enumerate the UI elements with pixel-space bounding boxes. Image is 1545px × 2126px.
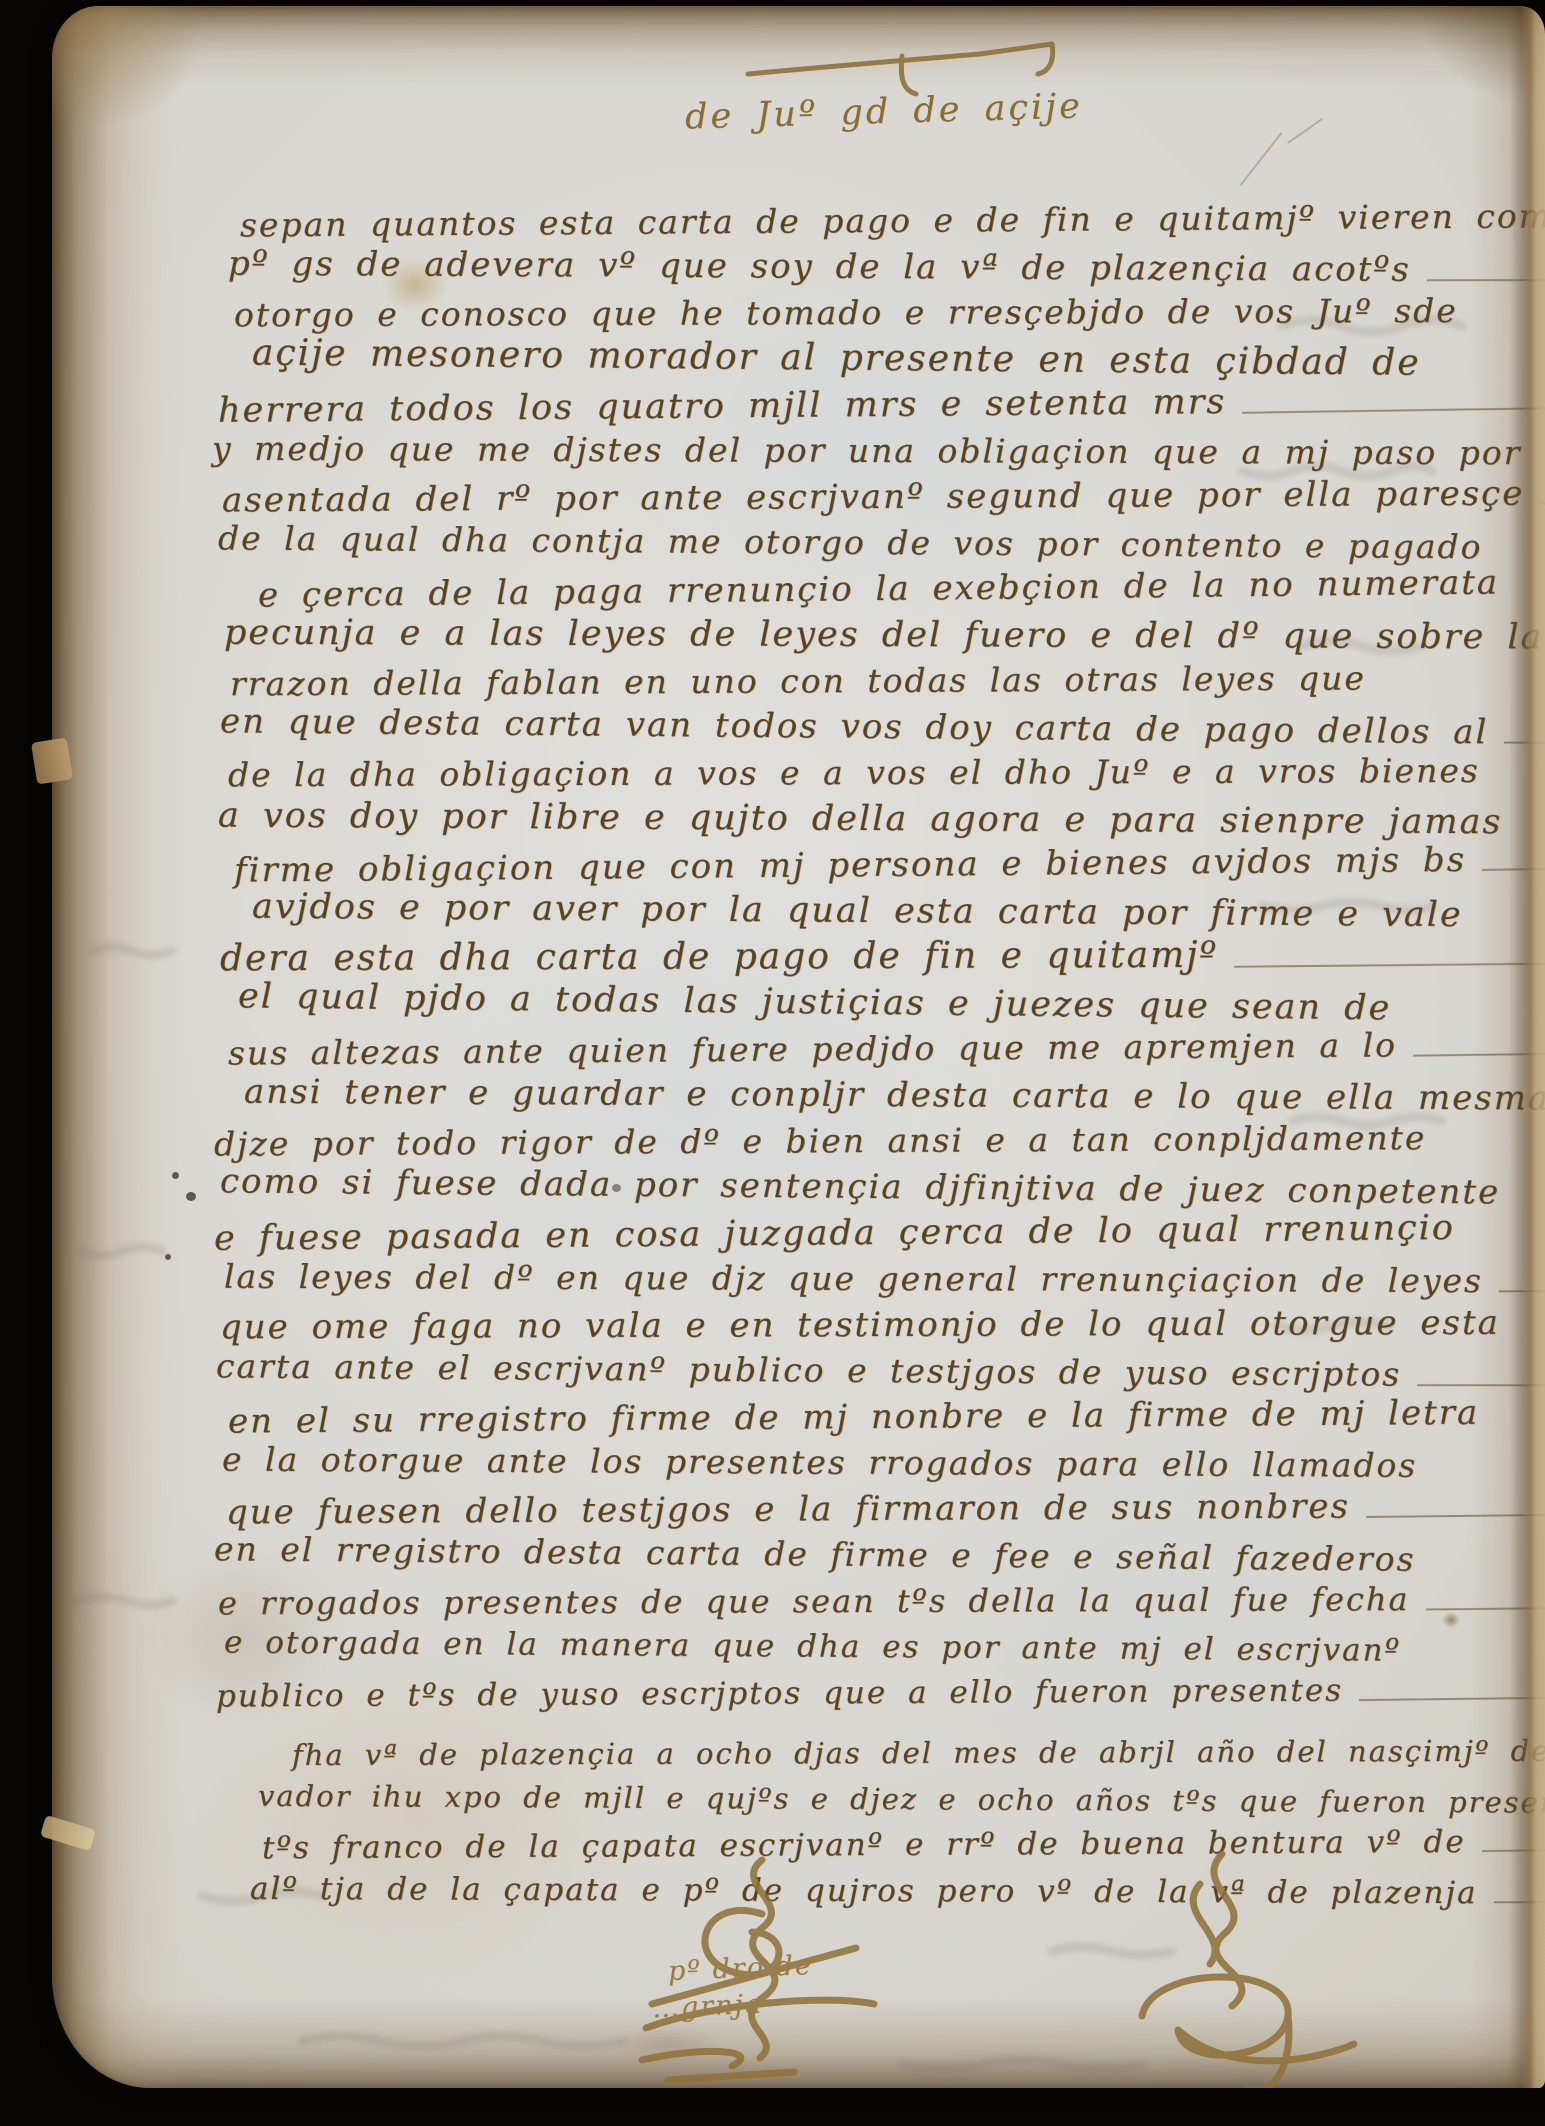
manuscript-line-text: de la dha obligaçion a vos e a vos el dh…: [228, 748, 1480, 798]
manuscript-text: sepan quantos esta carta de pago e de fi…: [200, 198, 1545, 1914]
manuscript-line: ansi tener e guardar e conpljr desta car…: [200, 1068, 1545, 1121]
edge-fragment: [31, 737, 73, 784]
manuscript-line-text: avjdos e por aver por la qual esta carta…: [252, 884, 1463, 938]
manuscript-line-text: fha vª de plazençia a ocho djas del mes …: [292, 1727, 1545, 1778]
manuscript-line-text: en que desta carta van todos vos doy car…: [220, 698, 1489, 755]
manuscript-line-text: ansi tener e guardar e conpljr desta car…: [244, 1069, 1545, 1122]
manuscript-line-text: carta ante el escrjvanº publico e testjg…: [216, 1343, 1402, 1397]
manuscript-line-text: otorgo e conosco que he tomado e rresçeb…: [234, 288, 1458, 338]
manuscript-line: e la otorgue ante los presentes rrogados…: [200, 1436, 1545, 1489]
ink-blot: [165, 1254, 171, 1260]
rubric-flourish-right-icon: [1082, 1844, 1372, 2088]
manuscript-line-text: sus altezas ante quien fuere pedjdo que …: [228, 1022, 1397, 1076]
signature-name-line-2: …grnja: [651, 1988, 763, 2027]
manuscript-line-text: e la otorgue ante los presentes rrogados…: [222, 1437, 1418, 1489]
manuscript-line: publico e tºs de yuso escrjptos que a el…: [200, 1666, 1545, 1719]
ink-blot: [172, 1172, 179, 1179]
manuscript-photo: de Juº gd de açije sepan quantos esta ca…: [0, 0, 1545, 2126]
manuscript-line: que ome faga no vala e en testimonjo de …: [200, 1300, 1545, 1351]
adjacent-page-edge: [1509, 6, 1545, 2088]
manuscript-line-text: asentada del rº por ante escrjvanº segun…: [222, 471, 1525, 524]
manuscript-line: sepan quantos esta carta de pago e de fi…: [200, 193, 1545, 248]
manuscript-page: de Juº gd de açije sepan quantos esta ca…: [52, 6, 1545, 2088]
manuscript-line-text: vador ihu xpo de mjll e qujºs e djez e o…: [258, 1773, 1545, 1826]
ink-blot: [186, 1192, 196, 1201]
manuscript-line: asentada del rº por ante escrjvanº segun…: [200, 470, 1545, 523]
manuscript-line: e fuese pasada en cosa juzgada çerca de …: [200, 1204, 1545, 1262]
manuscript-line-text: e otorgada en la manera que dha es por a…: [224, 1619, 1401, 1673]
manuscript-line-text: en el rregistro desta carta de firme e f…: [214, 1526, 1416, 1582]
manuscript-line: otorgo e conosco que he tomado e rresçeb…: [200, 288, 1545, 339]
manuscript-line: las leyes del dº en que djz que general …: [200, 1254, 1545, 1305]
manuscript-line: vador ihu xpo de mjll e qujºs e djez e o…: [200, 1772, 1545, 1825]
manuscript-line: en que desta carta van todos vos doy car…: [200, 698, 1545, 756]
manuscript-line: en el su rregistro firme de mj nonbre e …: [200, 1389, 1545, 1444]
manuscript-line-text: pecunja e a las leyes de leyes del fuero…: [224, 610, 1544, 661]
manuscript-line: sus altezas ante quien fuere pedjdo que …: [200, 1021, 1545, 1076]
manuscript-line-text: pº gs de adevera vº que soy de la vª de …: [228, 241, 1411, 293]
manuscript-line: y medjo que me djstes del por una obliga…: [200, 426, 1545, 477]
manuscript-line-text: las leyes del dº en que djz que general …: [224, 1254, 1483, 1304]
manuscript-line: e rrogados presentes de que sean tºs del…: [200, 1576, 1545, 1627]
manuscript-line: fha vª de plazençia a ocho djas del mes …: [200, 1728, 1545, 1779]
manuscript-line: e otorgada en la manera que dha es por a…: [200, 1619, 1545, 1674]
manuscript-line-text: e rrogados presentes de que sean tºs del…: [218, 1576, 1410, 1626]
manuscript-line: pº gs de adevera vº que soy de la vª de …: [200, 240, 1545, 293]
manuscript-line: herrera todos los quatro mjll mrs e sete…: [200, 376, 1545, 434]
manuscript-line-text: en el su rregistro firme de mj nonbre e …: [228, 1390, 1480, 1445]
signature-block: pº dro de …grnja: [582, 1844, 1392, 2088]
corner-fold: [52, 6, 242, 176]
manuscript-line: en el rregistro desta carta de firme e f…: [200, 1526, 1545, 1584]
manuscript-line: pecunja e a las leyes de leyes del fuero…: [200, 610, 1545, 661]
manuscript-line-text: que ome faga no vala e en testimonjo de …: [220, 1300, 1500, 1350]
manuscript-line-text: publico e tºs de yuso escrjptos que a el…: [216, 1668, 1343, 1720]
manuscript-line: avjdos e por aver por la qual esta carta…: [200, 883, 1545, 938]
signature-name-line-1: pº dro de: [667, 1949, 813, 1989]
manuscript-line: de la dha obligaçion a vos e a vos el dh…: [200, 748, 1545, 799]
manuscript-line-text: y medjo que me djstes del por una obliga…: [212, 426, 1522, 477]
manuscript-line-text: e fuese pasada en cosa juzgada çerca de …: [214, 1205, 1455, 1262]
manuscript-line-text: sepan quantos esta carta de pago e de fi…: [240, 193, 1545, 249]
